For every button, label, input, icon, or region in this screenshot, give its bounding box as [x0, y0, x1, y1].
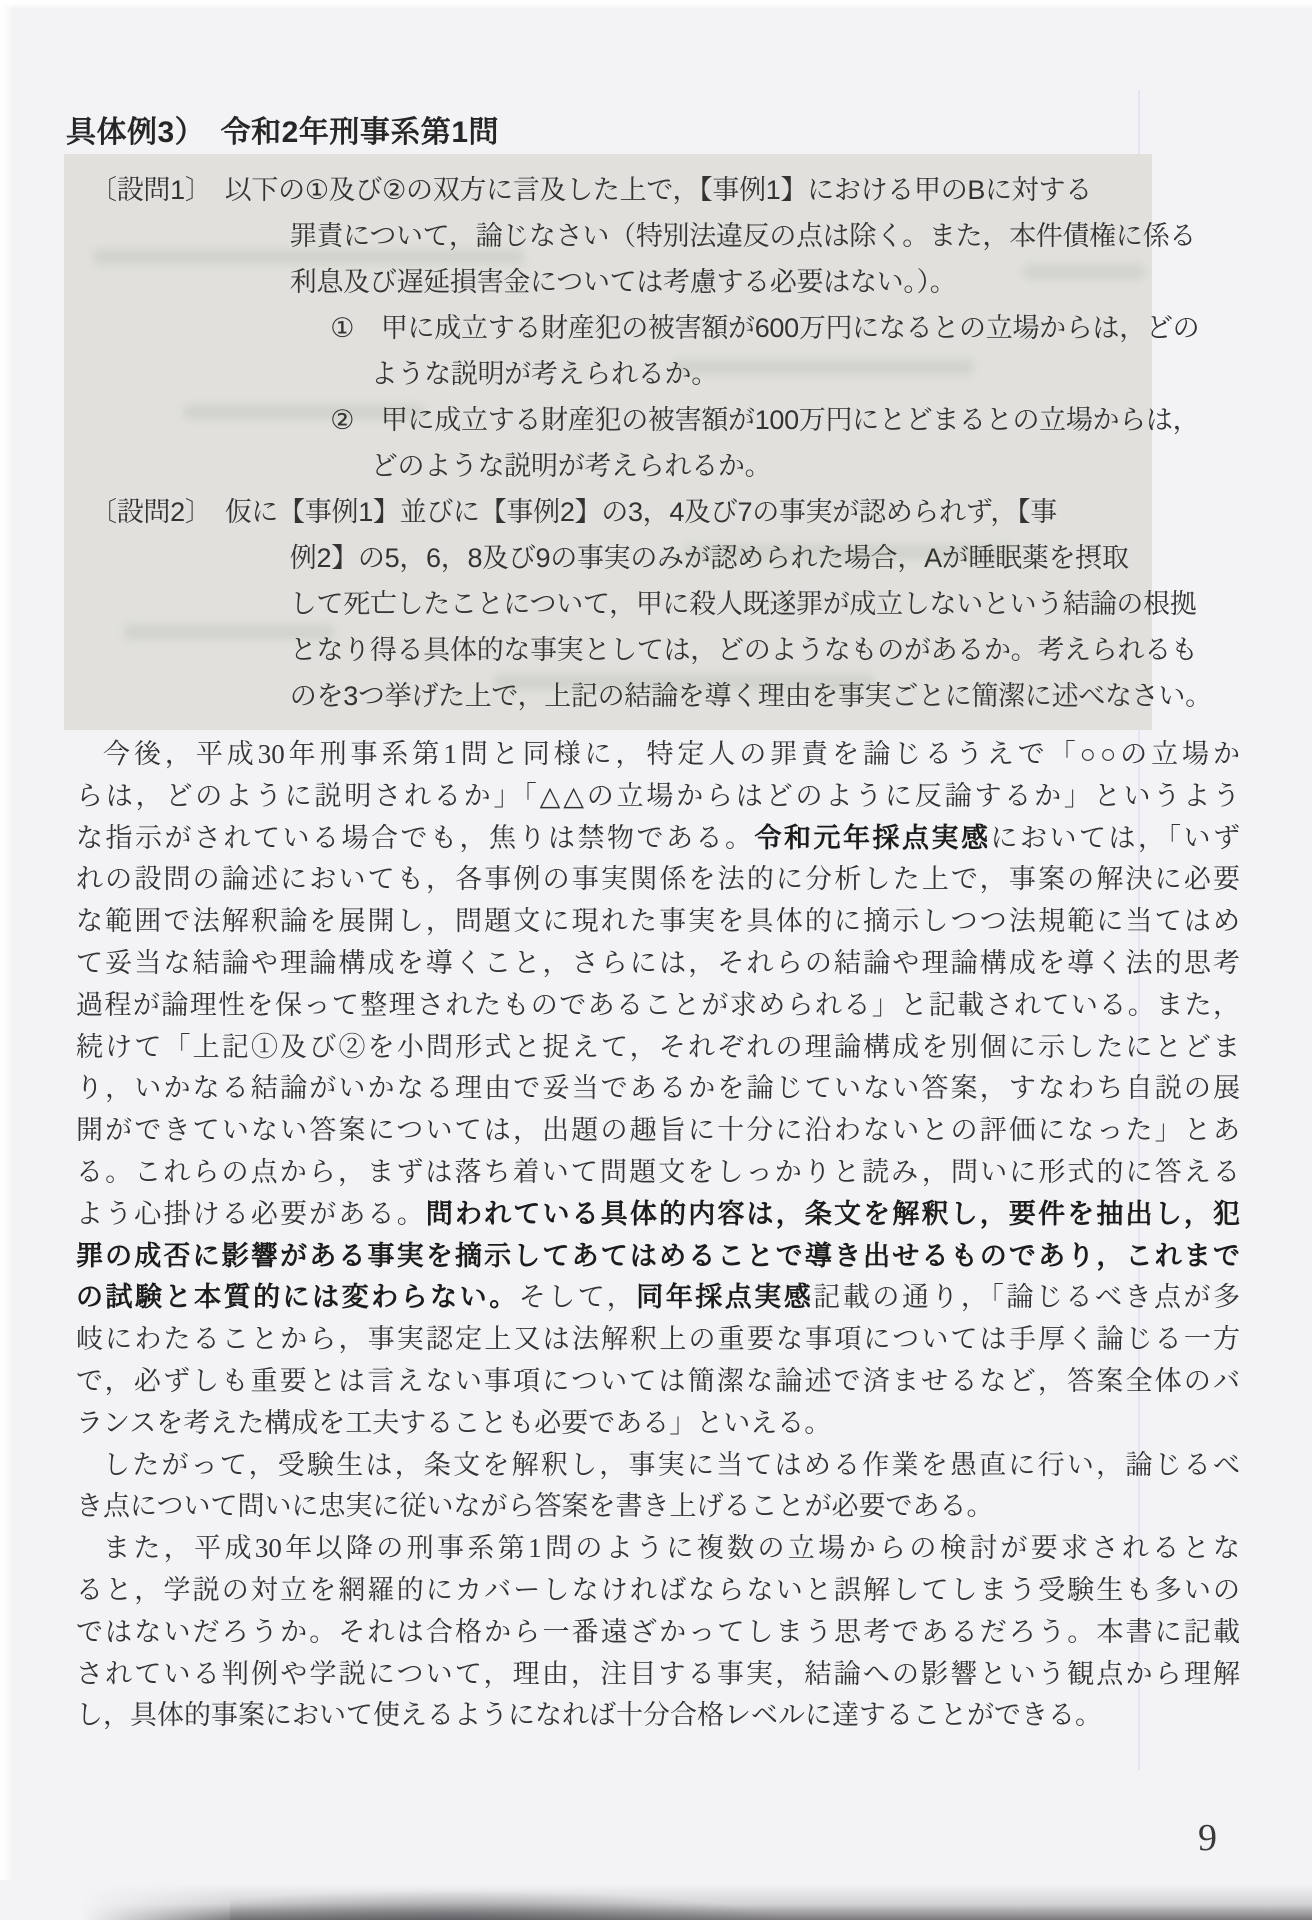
text-segment: そして， [519, 1282, 637, 1312]
emphasized-text: 罪の成否に影響がある事実を摘示してあてはめることで導き出せるものであり，これまで [76, 1241, 1240, 1271]
text-line: 今後，平成30年刑事系第1問と同様に，特定人の罪責を論じるうえで「○○の立場か [76, 734, 1240, 776]
text-line: 〔設問1〕 以下の①及び②の双方に言及した上で，【事例1】における甲のBに対する [90, 167, 1132, 213]
text-segment: る。これらの点から，まずは落ち着いて問題文をしっかりと読み，問いに形式的に答える [76, 1157, 1240, 1187]
text-segment: したがって，受験生は，条文を解釈し，事実に当てはめる作業を愚直に行い，論じるべ [103, 1450, 1240, 1480]
text-line: となり得る具体的な事実としては，どのようなものがあるか。考えられるも [90, 627, 1132, 673]
text-line: ではないだろうか。それは合格から一番遠ざかってしまう思考であるだろう。本書に記載 [76, 1612, 1240, 1654]
scan-shadow-blob [230, 1890, 790, 1920]
text-line: き点について問いに忠実に従いながら答案を書き上げることが必要である。 [76, 1486, 1240, 1528]
text-line: らは，どのように説明されるか」「△△の立場からはどのように反論するか」というよう [76, 776, 1240, 818]
text-segment: ② 甲に成立する財産犯の被害額が100万円にとどまるとの立場からは， [330, 405, 1199, 435]
text-line: 岐にわたることから，事実認定上又は法解釈上の重要な事項については手厚く論じる一方 [76, 1319, 1240, 1361]
text-segment: り，いかなる結論がいかなる理由で妥当であるかを論じていない答案，すなわち自説の展 [76, 1073, 1240, 1103]
text-line: ランスを考えた構成を工夫することも必要である」といえる。 [76, 1403, 1240, 1445]
text-segment: 罪責について，論じなさい（特別法違反の点は除く。また，本件債権に係る [290, 221, 1196, 251]
text-line: し，具体的事案において使えるようになれば十分合格レベルに達することができる。 [76, 1695, 1240, 1737]
text-segment: で，必ずしも重要とは言えない事項については簡潔な論述で済ませるなど，答案全体のバ [76, 1366, 1240, 1396]
text-segment: のを3つ挙げた上で，上記の結論を導く理由を事実ごとに簡潔に述べなさい。 [290, 681, 1212, 711]
section-heading: 具体例3） 令和2年刑事系第1問 [66, 114, 499, 152]
emphasized-text: 問われている具体的内容は，条文を解釈し，要件を抽出し，犯 [426, 1199, 1240, 1229]
text-segment: して死亡したことについて，甲に殺人既遂罪が成立しないという結論の根拠 [290, 589, 1197, 619]
text-segment: し，具体的事案において使えるようになれば十分合格レベルに達することができる。 [76, 1700, 1102, 1730]
text-line: な指示がされている場合でも，焦りは禁物である。令和元年採点実感においては，「いず [76, 818, 1240, 860]
body-text: 今後，平成30年刑事系第1問と同様に，特定人の罪責を論じるうえで「○○の立場から… [76, 734, 1240, 1737]
text-line: どのような説明が考えられるか。 [90, 443, 1132, 489]
text-segment: ると，学説の対立を網羅的にカバーしなければならないと誤解してしまう受験生も多いの [76, 1575, 1240, 1605]
text-segment: ではないだろうか。それは合格から一番遠ざかってしまう思考であるだろう。本書に記載 [76, 1617, 1240, 1647]
page-number: 9 [1198, 1816, 1217, 1860]
text-segment: 利息及び遅延損害金については考慮する必要はない。）。 [290, 267, 957, 297]
text-line: 〔設問2〕 仮に【事例1】並びに【事例2】の3，4及び7の事実が認められず，【事 [90, 489, 1132, 535]
text-line: して死亡したことについて，甲に殺人既遂罪が成立しないという結論の根拠 [90, 581, 1132, 627]
text-line: されている判例や学説について，理由，注目する事実，結論への影響という観点から理解 [76, 1654, 1240, 1696]
text-line: ると，学説の対立を網羅的にカバーしなければならないと誤解してしまう受験生も多いの [76, 1570, 1240, 1612]
text-line: ような説明が考えられるか。 [90, 351, 1132, 397]
scan-shadow-gap [0, 1884, 235, 1920]
text-line: の試験と本質的には変わらない。そして，同年採点実感記載の通り，「論じるべき点が多 [76, 1277, 1240, 1319]
text-segment: 今後，平成30年刑事系第1問と同様に，特定人の罪責を論じるうえで「○○の立場か [103, 739, 1240, 769]
text-segment: な範囲で法解釈論を展開し，問題文に現れた事実を具体的に摘示しつつ法規範に当てはめ [76, 906, 1240, 936]
emphasized-text: 令和元年採点実感 [755, 823, 991, 853]
text-line: る。これらの点から，まずは落ち着いて問題文をしっかりと読み，問いに形式的に答える [76, 1152, 1240, 1194]
text-segment: 例2】の5，6，8及び9の事実のみが認められた場合，Aが睡眠薬を摂取 [290, 543, 1129, 573]
scan-edge-top [0, 0, 1312, 10]
text-line: ② 甲に成立する財産犯の被害額が100万円にとどまるとの立場からは， [90, 397, 1132, 443]
text-line: また，平成30年以降の刑事系第1問のように複数の立場からの検討が要求されるとな [76, 1528, 1240, 1570]
emphasized-text: の試験と本質的には変わらない。 [76, 1282, 519, 1312]
text-segment: 〔設問2〕 仮に【事例1】並びに【事例2】の3，4及び7の事実が認められず，【事 [90, 497, 1057, 527]
text-line: したがって，受験生は，条文を解釈し，事実に当てはめる作業を愚直に行い，論じるべ [76, 1445, 1240, 1487]
text-segment: また，平成30年以降の刑事系第1問のように複数の立場からの検討が要求されるとな [103, 1533, 1240, 1563]
text-segment: な指示がされている場合でも，焦りは禁物である。 [76, 823, 755, 853]
text-segment: どのような説明が考えられるか。 [371, 451, 772, 481]
text-line: 開ができていない答案については，出題の趣旨に十分に沿わないとの評価になった」とあ [76, 1110, 1240, 1152]
emphasized-text: 同年採点実感 [636, 1282, 813, 1312]
text-line: て妥当な結論や理論構成を導くこと，さらには，それらの結論や理論構成を導く法的思考 [76, 943, 1240, 985]
text-line: 過程が論理性を保って整理されたものであることが求められる」と記載されている。また… [76, 985, 1240, 1027]
text-segment: ① 甲に成立する財産犯の被害額が600万円になるとの立場からは，どの [330, 313, 1199, 343]
question-box-text: 〔設問1〕 以下の①及び②の双方に言及した上で，【事例1】における甲のBに対する… [90, 167, 1132, 719]
text-segment: らは，どのように説明されるか」「△△の立場からはどのように反論するか」というよう [76, 781, 1240, 811]
text-line: のを3つ挙げた上で，上記の結論を導く理由を事実ごとに簡潔に述べなさい。 [90, 673, 1132, 719]
text-segment: き点について問いに忠実に従いながら答案を書き上げることが必要である。 [76, 1491, 993, 1521]
text-segment: 岐にわたることから，事実認定上又は法解釈上の重要な事項については手厚く論じる一方 [76, 1324, 1240, 1354]
text-line: 例2】の5，6，8及び9の事実のみが認められた場合，Aが睡眠薬を摂取 [90, 535, 1132, 581]
text-line: 続けて「上記①及び②を小問形式と捉えて，それぞれの理論構成を別個に示したにとどま [76, 1027, 1240, 1069]
text-line: ① 甲に成立する財産犯の被害額が600万円になるとの立場からは，どの [90, 305, 1132, 351]
text-segment: て妥当な結論や理論構成を導くこと，さらには，それらの結論や理論構成を導く法的思考 [76, 948, 1240, 978]
text-segment: れの設問の論述においても，各事例の事実関係を法的に分析した上で，事案の解決に必要 [76, 864, 1240, 894]
text-line: り，いかなる結論がいかなる理由で妥当であるかを論じていない答案，すなわち自説の展 [76, 1068, 1240, 1110]
text-line: れの設問の論述においても，各事例の事実関係を法的に分析した上で，事案の解決に必要 [76, 859, 1240, 901]
text-line: よう心掛ける必要がある。問われている具体的内容は，条文を解釈し，要件を抽出し，犯 [76, 1194, 1240, 1236]
text-line: 罪の成否に影響がある事実を摘示してあてはめることで導き出せるものであり，これまで [76, 1236, 1240, 1278]
text-segment: となり得る具体的な事実としては，どのようなものがあるか。考えられるも [290, 635, 1198, 665]
text-segment: 開ができていない答案については，出題の趣旨に十分に沿わないとの評価になった」とあ [76, 1115, 1240, 1145]
text-segment: 記載の通り，「論じるべき点が多 [813, 1282, 1240, 1312]
text-segment: ような説明が考えられるか。 [371, 359, 718, 389]
text-segment: 過程が論理性を保って整理されたものであることが求められる」と記載されている。また… [76, 990, 1240, 1020]
text-segment: 〔設問1〕 以下の①及び②の双方に言及した上で，【事例1】における甲のBに対する [90, 175, 1092, 205]
text-segment: においては，「いず [991, 823, 1241, 853]
text-segment: ランスを考えた構成を工夫することも必要である」といえる。 [76, 1408, 831, 1438]
text-line: な範囲で法解釈論を展開し，問題文に現れた事実を具体的に摘示しつつ法規範に当てはめ [76, 901, 1240, 943]
scan-edge-left [0, 0, 14, 1880]
text-segment: されている判例や学説について，理由，注目する事実，結論への影響という観点から理解 [76, 1659, 1240, 1689]
text-segment: 続けて「上記①及び②を小問形式と捉えて，それぞれの理論構成を別個に示したにとどま [76, 1032, 1240, 1062]
text-line: で，必ずしも重要とは言えない事項については簡潔な論述で済ませるなど，答案全体のバ [76, 1361, 1240, 1403]
question-box: 〔設問1〕 以下の①及び②の双方に言及した上で，【事例1】における甲のBに対する… [64, 154, 1152, 730]
scanned-book-page: { "page": { "page_number": "9" }, "color… [0, 0, 1312, 1920]
text-line: 利息及び遅延損害金については考慮する必要はない。）。 [90, 259, 1132, 305]
text-segment: よう心掛ける必要がある。 [76, 1199, 426, 1229]
text-line: 罪責について，論じなさい（特別法違反の点は除く。また，本件債権に係る [90, 213, 1132, 259]
